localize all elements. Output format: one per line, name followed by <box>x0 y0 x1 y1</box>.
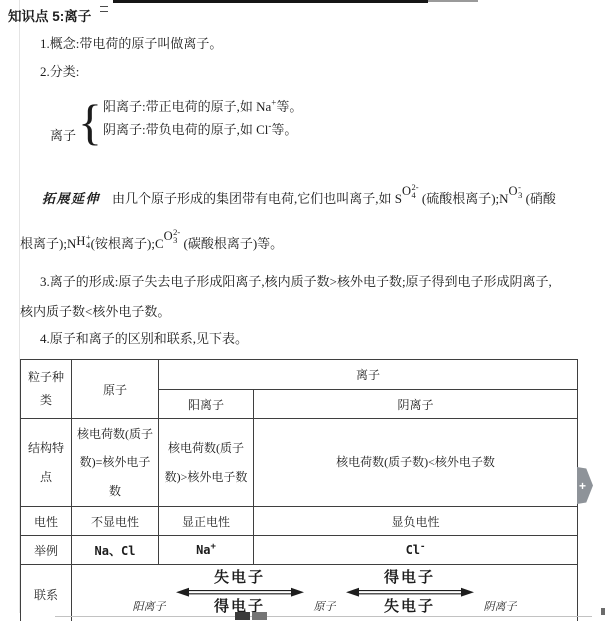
nitrate-formula: O-3 <box>509 183 523 200</box>
example-anion-cell: Cl- <box>254 536 578 565</box>
anion-definition: 阴离子:带负电荷的原子,如 Cl-等。 <box>103 119 302 142</box>
page-title: 知识点 5:离子 <box>8 5 91 25</box>
ion-classification-brace-group: 离子 { 阳离子:带正电荷的原子,如 Na+等。 阴离子:带负电荷的原子,如 C… <box>50 96 302 147</box>
gain-lose-arrow-group: 得电子 失电子 <box>346 570 474 615</box>
extension-paragraph-line1: 拓展延伸由几个原子形成的集团带有电荷,它们也叫离子,如 SO2-4 (硫酸根离子… <box>42 188 556 208</box>
cation-definition: 阳离子:带正电荷的原子,如 Na+等。 <box>103 96 302 119</box>
relation-label: 联系 <box>21 565 72 621</box>
double-arrow-icon <box>176 587 304 598</box>
structure-anion-cell: 核电荷数(质子数)<核外电子数 <box>254 419 578 507</box>
example-cation-cell: Na+ <box>159 536 254 565</box>
brace-lines: 阳离子:带正电荷的原子,如 Na+等。 阴离子:带负电荷的原子,如 Cl-等。 <box>103 96 302 141</box>
document-page: { "title": "知识点 5:离子", "sections": { "co… <box>0 0 612 621</box>
lose-gain-arrow-group: 失电子 得电子 <box>176 570 304 615</box>
formula-sub: 3 <box>518 191 522 200</box>
next-page-button[interactable]: + <box>577 467 593 504</box>
table-row-charge: 电性 不显电性 显正电性 显负电性 <box>21 507 578 536</box>
table-header-row-1: 粒子种类 原子 离子 <box>21 360 578 390</box>
structure-atom-cell: 核电荷数(质子数)=核外电子数 <box>72 419 159 507</box>
example-atom-cell: Na、Cl <box>72 536 159 565</box>
header-ion: 离子 <box>159 360 578 390</box>
formula-sub: 4 <box>86 241 91 250</box>
arrow1-top-label: 失电子 <box>214 570 265 586</box>
table-row-relation: 联系 阳离子 失电子 得电子 原子 得电子 <box>21 565 578 621</box>
ion-formation-line1: 3.离子的形成:原子失去电子形成阳离子,核内质子数>核外电子数;原子得到电子形成… <box>40 271 552 290</box>
example-label: 举例 <box>21 536 72 565</box>
brace-label: 离子 <box>50 125 76 144</box>
charge-anion-cell: 显负电性 <box>254 507 578 536</box>
minus-superscript: - <box>420 542 425 552</box>
relation-diagram-cell: 阳离子 失电子 得电子 原子 得电子 <box>72 565 578 621</box>
charge-label: 电性 <box>21 507 72 536</box>
table-row-structure: 结构特点 核电荷数(质子数)=核外电子数 核电荷数(质子数)>核外电子数 核电荷… <box>21 419 578 507</box>
next-arrow-icon: + <box>579 480 586 492</box>
table-intro-paragraph: 4.原子和离子的区别和联系,见下表。 <box>40 328 248 347</box>
header-cation: 阳离子 <box>159 390 254 419</box>
cutoff-text-artifact-light <box>428 0 478 2</box>
extension-paragraph-line2: 根离子);NH+4(铵根离子);CO2-3 (碳酸根离子)等。 <box>20 233 283 253</box>
formula-sub: 4 <box>412 191 419 200</box>
curly-brace: { <box>78 97 102 147</box>
header-anion: 阴离子 <box>254 390 578 419</box>
carbonate-formula: O2-3 <box>164 228 181 245</box>
corner-mark-artifact <box>601 608 605 615</box>
concept-paragraph: 1.概念:带电荷的原子叫做离子。 <box>40 33 222 52</box>
double-arrow-icon <box>346 587 474 598</box>
structure-cation-cell: 核电荷数(质子数)>核外电子数 <box>159 419 254 507</box>
charge-cation-cell: 显正电性 <box>159 507 254 536</box>
sulfate-formula: O2-4 <box>402 183 419 200</box>
plus-superscript: + <box>211 542 216 552</box>
ammonium-formula: H+4 <box>76 233 90 250</box>
ion-formation-line2: 核内质子数<核外电子数。 <box>20 301 170 320</box>
cutoff-content-artifact <box>235 612 250 620</box>
atom-node: 原子 <box>314 598 336 614</box>
structure-label: 结构特点 <box>21 419 72 507</box>
arrow2-bottom-label: 失电子 <box>384 599 435 615</box>
formula-sub: 3 <box>173 236 180 245</box>
cation-node: 阳离子 <box>133 598 166 614</box>
electron-transfer-diagram: 阳离子 失电子 得电子 原子 得电子 <box>74 568 575 620</box>
table-row-example: 举例 Na、Cl Na+ Cl- <box>21 536 578 565</box>
classification-heading: 2.分类: <box>40 61 79 80</box>
extension-label: 拓展延伸 <box>42 191 100 206</box>
header-atom: 原子 <box>72 360 159 419</box>
cutoff-content-artifact <box>252 612 267 620</box>
bottom-rule-artifact <box>55 616 592 617</box>
atom-ion-comparison-table: 粒子种类 原子 离子 阳离子 阴离子 结构特点 核电荷数(质子数)=核外电子数 … <box>20 359 578 621</box>
anion-node: 阴离子 <box>484 598 517 614</box>
arrow2-top-label: 得电子 <box>384 570 435 586</box>
header-particle-type: 粒子种类 <box>21 360 72 419</box>
charge-atom-cell: 不显电性 <box>72 507 159 536</box>
equals-mark-artifact <box>100 6 108 12</box>
cutoff-text-artifact <box>113 0 428 3</box>
